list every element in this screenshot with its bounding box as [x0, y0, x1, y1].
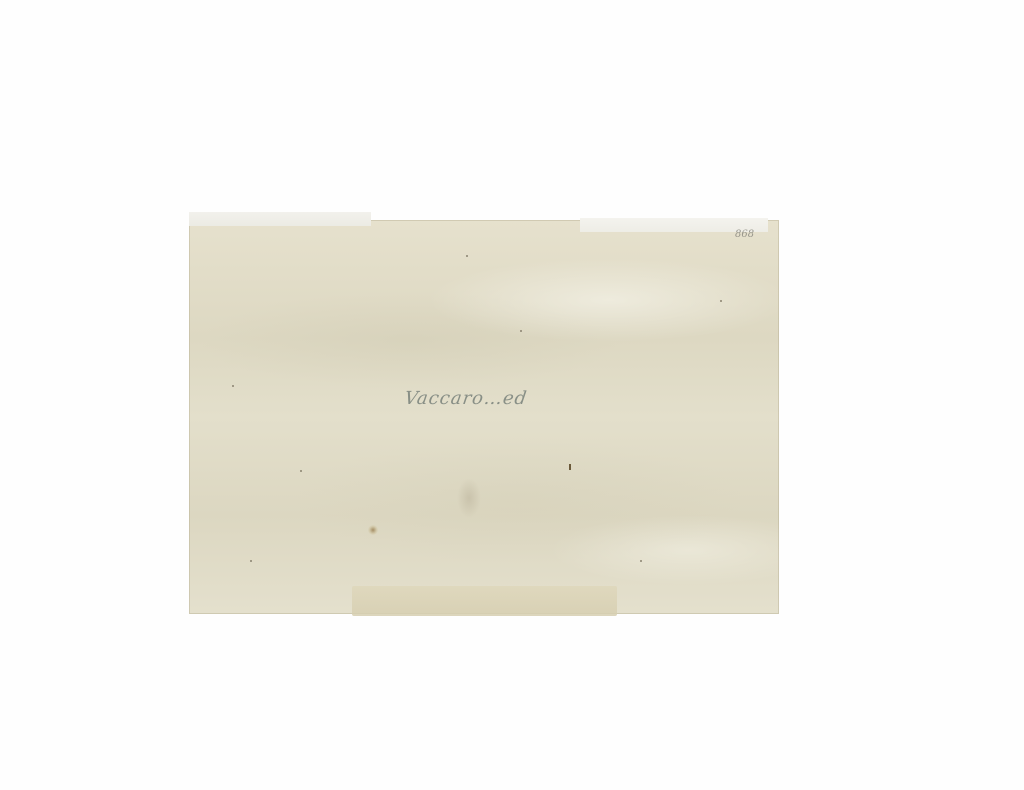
- speck: [466, 255, 468, 257]
- tape-bottom-center: [352, 586, 617, 616]
- smudge: [457, 478, 481, 518]
- tape-top-left: [189, 212, 371, 226]
- catalog-number: 868: [735, 229, 754, 240]
- handwritten-inscription: Vaccaro…ed: [402, 388, 576, 418]
- speck: [720, 300, 722, 302]
- speck: [520, 330, 522, 332]
- pencil-mark: [569, 464, 571, 470]
- speck: [640, 560, 642, 562]
- speck: [300, 470, 302, 472]
- speck: [250, 560, 252, 562]
- stain-spot: [368, 525, 378, 535]
- scan-bed: Vaccaro…ed 868: [0, 0, 1024, 790]
- speck: [232, 385, 234, 387]
